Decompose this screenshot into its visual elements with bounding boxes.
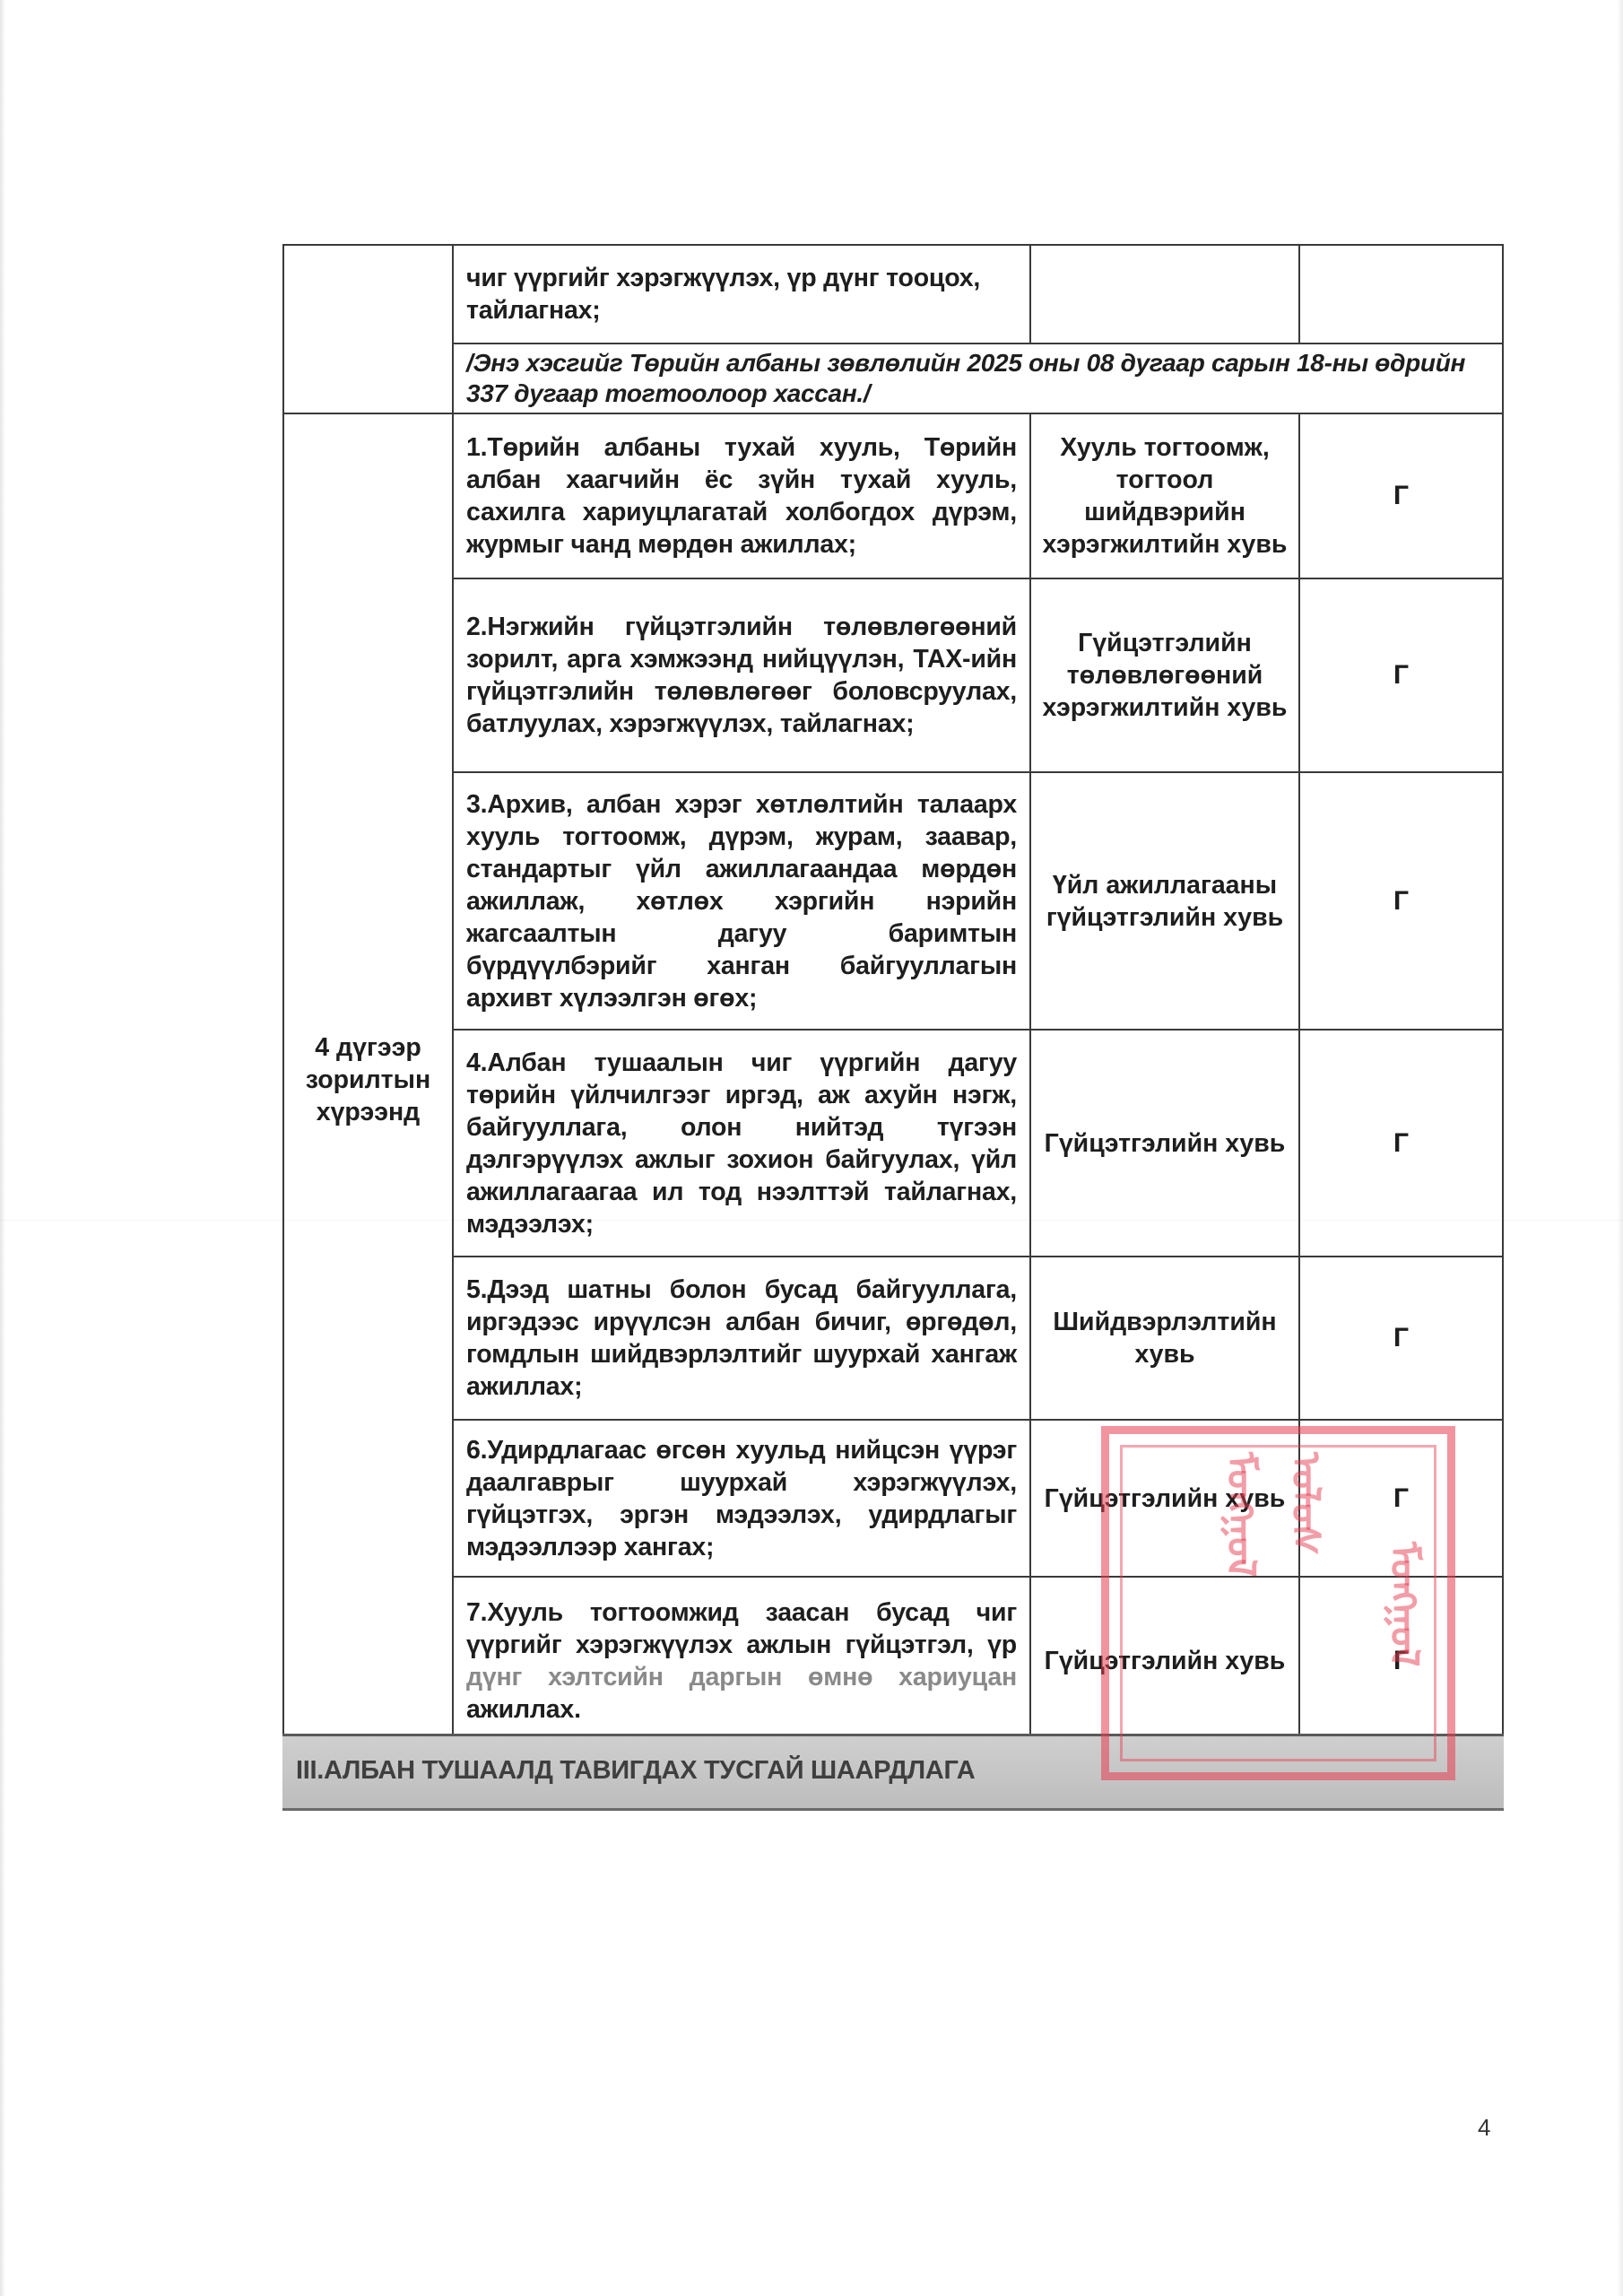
table-row-note: /Энэ хэсгийг Төрийн албаны зөвлөлийн 202… [283,344,1503,413]
section-heading-band: III.АЛБАН ТУШААЛД ТАВИГДАХ ТУСГАЙ ШААРДЛ… [282,1734,1504,1811]
duty-line: тайлагнах; [466,294,1017,326]
table-row: 6.Удирдлагаас өгсөн хуульд нийцсэн үүрэг… [283,1420,1503,1577]
duty-text-faded: дүнг хэлтсийн даргын өмнө хариуцан [466,1663,1017,1692]
table-row: 4.Албан тушаалын чиг үүргийн дагуу төрий… [283,1030,1503,1257]
duty-cell: 2.Нэгжийн гүйцэтгэлийн төлөвлөгөөний зор… [453,578,1030,772]
duty-cell: 3.Архив, албан хэрэг хөтлөлтийн талаарх … [453,772,1030,1030]
grade-cell: Г [1299,1030,1503,1257]
section-heading: III.АЛБАН ТУШААЛД ТАВИГДАХ ТУСГАЙ ШААРДЛ… [296,1756,975,1786]
duty-text-main: 7.Хууль тогтоомжид заасан бусад чиг үүрг… [466,1598,1017,1659]
measure-cell: Хууль тогтоомж, тогтоол шийдвэрийн хэрэг… [1030,413,1299,578]
removed-note: /Энэ хэсгийг Төрийн албаны зөвлөлийн 202… [453,344,1503,413]
table-row: 5.Дээд шатны болон бусад байгууллага, ир… [283,1257,1503,1420]
grade-cell: Г [1299,578,1503,772]
duty-text-end: ажиллах. [466,1695,581,1724]
duty-cell: 5.Дээд шатны болон бусад байгууллага, ир… [453,1257,1030,1420]
measure-cell: Үйл ажиллагааны гүйцэтгэлийн хувь [1030,772,1299,1030]
measure-cell: Гүйцэтгэлийн хувь [1030,1420,1299,1577]
page-number: 4 [1478,2114,1490,2142]
table-row: 2.Нэгжийн гүйцэтгэлийн төлөвлөгөөний зор… [283,578,1503,772]
duty-cell: 1.Төрийн албаны тухай хууль, Төрийн алба… [453,413,1030,578]
grade-cell: Г [1299,413,1503,578]
duty-cell: 4.Албан тушаалын чиг үүргийн дагуу төрий… [453,1030,1030,1257]
table-row: 7.Хууль тогтоомжид заасан бусад чиг үүрг… [283,1577,1503,1745]
goal-cell-previous [283,245,453,413]
goal-label-line: зорилтын [284,1064,452,1096]
duty-cell: 7.Хууль тогтоомжид заасан бусад чиг үүрг… [453,1577,1030,1745]
grade-cell: Г [1299,1257,1503,1420]
measure-cell: Шийдвэрлэлтийн хувь [1030,1257,1299,1420]
table-row: 3.Архив, албан хэрэг хөтлөлтийн талаарх … [283,772,1503,1030]
goal-label-line: хүрээнд [284,1096,452,1128]
duty-cell: 6.Удирдлагаас өгсөн хуульд нийцсэн үүрэг… [453,1420,1030,1577]
scan-edge-left [0,0,5,2296]
grade-cell: Г [1299,1577,1503,1745]
job-duties-table: чиг үүргийг хэрэгжүүлэх, үр дүнг тооцох,… [282,244,1504,1746]
table-row: 4 дүгээр зорилтын хүрээнд 1.Төрийн албан… [283,413,1503,578]
measure-cell: Гүйцэтгэлийн хувь [1030,1577,1299,1745]
grade-cell: Г [1299,1420,1503,1577]
duty-line: чиг үүргийг хэрэгжүүлэх, үр дүнг тооцох, [466,262,1017,294]
goal-label-cell: 4 дүгээр зорилтын хүрээнд [283,413,453,1745]
measure-cell: Гүйцэтгэлийн төлөвлөгөөний хэрэгжилтийн … [1030,578,1299,772]
measure-cell [1030,245,1299,344]
goal-label-line: 4 дүгээр [284,1031,452,1064]
scan-edge-right [1618,0,1623,2296]
duty-cell: чиг үүргийг хэрэгжүүлэх, үр дүнг тооцох,… [453,245,1030,344]
grade-cell [1299,245,1503,344]
measure-cell: Гүйцэтгэлийн хувь [1030,1030,1299,1257]
grade-cell: Г [1299,772,1503,1030]
table-row-continued: чиг үүргийг хэрэгжүүлэх, үр дүнг тооцох,… [283,245,1503,344]
